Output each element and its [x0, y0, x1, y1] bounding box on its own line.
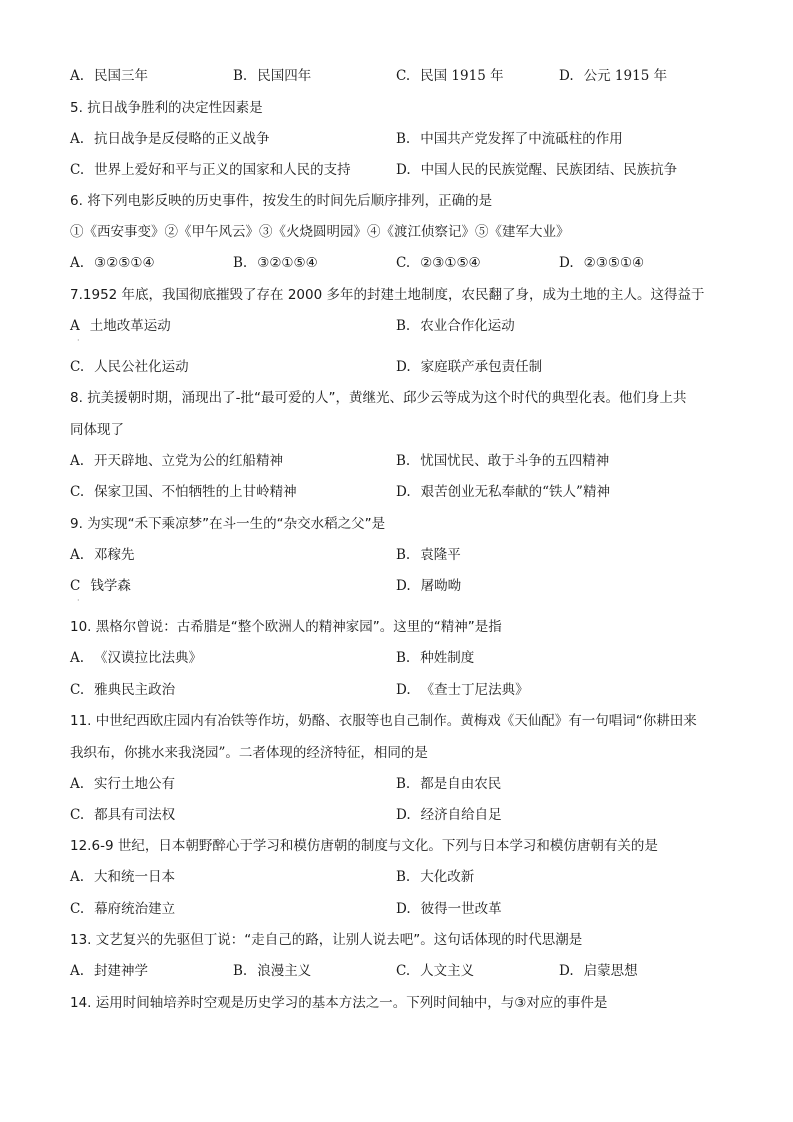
option-text: ②③⑤①④ — [584, 255, 645, 271]
option-text: 中国人民的民族觉醒、民族团结、民族抗争 — [421, 162, 678, 178]
question-text: 将下列电影反映的历史事件，按发生的时间先后顺序排列，正确的是 — [87, 193, 492, 209]
option-text: ②③①⑤④ — [420, 255, 481, 271]
option-letter: C — [70, 577, 80, 595]
q7-option-b: B.农业合作化运动 — [396, 317, 515, 335]
q5-option-b: B.中国共产党发挥了中流砥柱的作用 — [396, 130, 623, 148]
question-number: 9. — [70, 516, 83, 532]
option-letter: D. — [559, 962, 574, 980]
option-text: 都是自由农民 — [420, 776, 501, 792]
option-letter: C. — [396, 67, 410, 85]
option-letter: B. — [233, 67, 247, 85]
q8-option-d: D.艰苦创业无私奉献的“铁人”精神 — [396, 483, 610, 501]
question-number: 10. — [70, 619, 91, 635]
option-letter: A. — [70, 962, 84, 980]
q5-option-d: D.中国人民的民族觉醒、民族团结、民族抗争 — [396, 161, 677, 179]
q7-option-c: C.人民公社化运动 — [70, 358, 189, 376]
option-text: 民国三年 — [94, 68, 148, 84]
option-letter: B. — [396, 868, 410, 886]
option-text: 世界上爱好和平与正义的国家和人民的支持 — [94, 162, 351, 178]
q13-option-a: A.封建神学 — [70, 962, 148, 980]
q10-option-c: C.雅典民主政治 — [70, 681, 175, 699]
question-6-films: ①《西安事变》②《甲午风云》③《火烧圆明园》④《渡江侦察记》⑤《建军大业》 — [70, 223, 570, 241]
option-letter: D. — [396, 577, 411, 595]
option-text: ③②⑤①④ — [94, 255, 155, 271]
q8-option-c: C.保家卫国、不怕牺牲的上甘岭精神 — [70, 483, 297, 501]
option-text: 艰苦创业无私奉献的“铁人”精神 — [421, 484, 610, 500]
option-text: 雅典民主政治 — [94, 682, 175, 698]
option-text: 忧国忧民、敢于斗争的五四精神 — [420, 453, 609, 469]
option-text: 保家卫国、不怕牺牲的上甘岭精神 — [94, 484, 297, 500]
option-letter: A. — [70, 67, 84, 85]
option-text: 启蒙思想 — [584, 963, 638, 979]
option-letter: B. — [396, 775, 410, 793]
question-9-stem: 9. 为实现“禾下乘凉梦”在斗一生的“杂交水稻之父”是 — [70, 515, 385, 533]
question-number: 13. — [70, 932, 91, 948]
option-letter: B. — [396, 317, 410, 335]
option-letter: C. — [70, 161, 84, 179]
q8-option-a: A.开天辟地、立党为公的红船精神 — [70, 452, 283, 470]
q8-option-b: B.忧国忧民、敢于斗争的五四精神 — [396, 452, 609, 470]
q12-option-d: D.彼得一世改革 — [396, 900, 502, 918]
option-text: ③②①⑤④ — [257, 255, 318, 271]
option-letter: A. — [70, 649, 84, 667]
option-text: 公元 1915 年 — [584, 68, 667, 84]
option-letter: D. — [396, 900, 411, 918]
question-text: 为实现“禾下乘凉梦”在斗一生的“杂交水稻之父”是 — [87, 516, 385, 532]
option-letter: A. — [70, 254, 84, 272]
q6-option-d: D.②③⑤①④ — [559, 254, 644, 272]
question-13-stem: 13. 文艺复兴的先驱但丁说：“走自己的路，让别人说去吧”。这句话体现的时代思潮… — [70, 931, 582, 949]
q6-option-b: B.③②①⑤④ — [233, 254, 318, 272]
option-text: 家庭联产承包责任制 — [421, 359, 543, 375]
question-text: 黑格尔曾说：古希腊是“整个欧洲人的精神家园”。这里的“精神”是指 — [96, 619, 502, 635]
q10-option-b: B.种姓制度 — [396, 649, 474, 667]
option-text: 人民公社化运动 — [94, 359, 189, 375]
question-text: 6-9 世纪，日本朝野醉心于学习和模仿唐朝的制度与文化。下列与日本学习和模仿唐朝… — [91, 838, 657, 854]
q11-option-b: B.都是自由农民 — [396, 775, 501, 793]
q4-option-b: B.民国四年 — [233, 67, 311, 85]
question-text: 运用时间轴培养时空观是历史学习的基本方法之一。下列时间轴中，与③对应的事件是 — [96, 995, 608, 1011]
option-letter: C. — [70, 900, 84, 918]
option-text: 《查士丁尼法典》 — [421, 682, 529, 698]
option-text: 抗日战争是反侵略的正义战争 — [94, 131, 270, 147]
option-text: 民国 1915 年 — [420, 68, 503, 84]
q7-option-a: A土地改革运动 — [70, 317, 171, 335]
question-14-stem: 14. 运用时间轴培养时空观是历史学习的基本方法之一。下列时间轴中，与③对应的事… — [70, 994, 607, 1012]
option-text: 中国共产党发挥了中流砥柱的作用 — [420, 131, 623, 147]
option-letter: A. — [70, 868, 84, 886]
option-text: 幕府统治建立 — [94, 901, 175, 917]
question-text: 抗日战争胜利的决定性因素是 — [87, 100, 263, 116]
q11-option-a: A.实行土地公有 — [70, 775, 175, 793]
option-letter: A. — [70, 546, 84, 564]
option-letter: B. — [233, 254, 247, 272]
q13-option-d: D.启蒙思想 — [559, 962, 638, 980]
q9-option-c: C钱学森 — [70, 577, 131, 595]
q13-option-b: B.浪漫主义 — [233, 962, 311, 980]
q10-option-a: A.《汉谟拉比法典》 — [70, 649, 202, 667]
option-letter: C. — [70, 681, 84, 699]
option-text: 种姓制度 — [420, 650, 474, 666]
option-text: 经济自给自足 — [421, 807, 502, 823]
option-text: 土地改革运动 — [90, 318, 171, 334]
option-text: 袁隆平 — [420, 547, 461, 563]
question-number: 12. — [70, 838, 91, 854]
option-text: 屠呦呦 — [421, 578, 462, 594]
q12-option-b: B.大化改新 — [396, 868, 474, 886]
option-text: 大化改新 — [420, 869, 474, 885]
option-letter: D. — [559, 254, 574, 272]
q6-option-a: A.③②⑤①④ — [70, 254, 155, 272]
option-text: 《汉谟拉比法典》 — [94, 650, 202, 666]
option-text: 农业合作化运动 — [420, 318, 515, 334]
question-number: 14. — [70, 995, 91, 1011]
option-letter: C. — [396, 962, 410, 980]
option-text: 封建神学 — [94, 963, 148, 979]
q5-option-c: C.世界上爱好和平与正义的国家和人民的支持 — [70, 161, 351, 179]
stray-mark: · — [77, 596, 80, 605]
option-letter: B. — [396, 130, 410, 148]
q5-option-a: A.抗日战争是反侵略的正义战争 — [70, 130, 270, 148]
question-5-stem: 5. 抗日战争胜利的决定性因素是 — [70, 99, 263, 117]
option-text: 民国四年 — [257, 68, 311, 84]
question-text: 文艺复兴的先驱但丁说：“走自己的路，让别人说去吧”。这句话体现的时代思潮是 — [96, 932, 583, 948]
question-text: 1952 年底，我国彻底摧毁了存在 2000 多年的封建土地制度，农民翻了身，成… — [83, 287, 705, 303]
q12-option-a: A.大和统一日本 — [70, 868, 175, 886]
option-letter: C. — [396, 254, 410, 272]
option-letter: A — [70, 317, 80, 335]
question-6-stem: 6. 将下列电影反映的历史事件，按发生的时间先后顺序排列，正确的是 — [70, 192, 492, 210]
option-letter: D. — [396, 806, 411, 824]
q9-option-b: B.袁隆平 — [396, 546, 461, 564]
q9-option-a: A.邓稼先 — [70, 546, 135, 564]
q12-option-c: C.幕府统治建立 — [70, 900, 175, 918]
q10-option-d: D.《查士丁尼法典》 — [396, 681, 529, 699]
question-text: 中世纪西欧庄园内有冶铁等作坊，奶酪、衣服等也自己制作。黄梅戏《天仙配》有一句唱词… — [96, 713, 697, 729]
option-text: 人文主义 — [420, 963, 474, 979]
option-letter: D. — [396, 483, 411, 501]
question-11-stem-line1: 11. 中世纪西欧庄园内有冶铁等作坊，奶酪、衣服等也自己制作。黄梅戏《天仙配》有… — [70, 712, 697, 730]
option-letter: D. — [396, 161, 411, 179]
q4-option-d: D.公元 1915 年 — [559, 67, 667, 85]
option-letter: B. — [396, 452, 410, 470]
q9-option-d: D.屠呦呦 — [396, 577, 461, 595]
option-letter: A. — [70, 452, 84, 470]
question-number: 11. — [70, 713, 91, 729]
option-letter: D. — [396, 358, 411, 376]
option-text: 浪漫主义 — [257, 963, 311, 979]
question-12-stem: 12.6-9 世纪，日本朝野醉心于学习和模仿唐朝的制度与文化。下列与日本学习和模… — [70, 837, 658, 855]
option-letter: B. — [396, 546, 410, 564]
question-number: 7. — [70, 287, 83, 303]
option-letter: D. — [396, 681, 411, 699]
q11-option-c: C.都具有司法权 — [70, 806, 175, 824]
q4-option-c: C.民国 1915 年 — [396, 67, 504, 85]
question-8-stem-line2: 同体现了 — [70, 421, 124, 439]
option-letter: B. — [233, 962, 247, 980]
option-letter: D. — [559, 67, 574, 85]
option-text: 钱学森 — [90, 578, 131, 594]
question-number: 6. — [70, 193, 83, 209]
option-text: 彼得一世改革 — [421, 901, 502, 917]
option-text: 开天辟地、立党为公的红船精神 — [94, 453, 283, 469]
question-number: 5. — [70, 100, 83, 116]
option-letter: C. — [70, 806, 84, 824]
option-text: 实行土地公有 — [94, 776, 175, 792]
q11-option-d: D.经济自给自足 — [396, 806, 502, 824]
option-text: 邓稼先 — [94, 547, 135, 563]
q6-option-c: C.②③①⑤④ — [396, 254, 481, 272]
question-number: 8. — [70, 390, 83, 406]
question-8-stem-line1: 8. 抗美援朝时期，涌现出了-批“最可爱的人”，黄继光、邱少云等成为这个时代的典… — [70, 389, 687, 407]
question-10-stem: 10. 黑格尔曾说：古希腊是“整个欧洲人的精神家园”。这里的“精神”是指 — [70, 618, 502, 636]
option-letter: A. — [70, 775, 84, 793]
q4-option-a: A.民国三年 — [70, 67, 148, 85]
q13-option-c: C.人文主义 — [396, 962, 474, 980]
question-11-stem-line2: 我织布，你挑水来我浇园”。二者体现的经济特征，相同的是 — [70, 744, 428, 762]
q7-option-d: D.家庭联产承包责任制 — [396, 358, 542, 376]
option-letter: B. — [396, 649, 410, 667]
question-7-stem: 7.1952 年底，我国彻底摧毁了存在 2000 多年的封建土地制度，农民翻了身… — [70, 286, 704, 304]
option-letter: A. — [70, 130, 84, 148]
option-text: 都具有司法权 — [94, 807, 175, 823]
option-letter: C. — [70, 483, 84, 501]
question-text: 抗美援朝时期，涌现出了-批“最可爱的人”，黄继光、邱少云等成为这个时代的典型化表… — [87, 390, 686, 406]
option-text: 大和统一日本 — [94, 869, 175, 885]
stray-mark: · — [77, 336, 80, 345]
option-letter: C. — [70, 358, 84, 376]
